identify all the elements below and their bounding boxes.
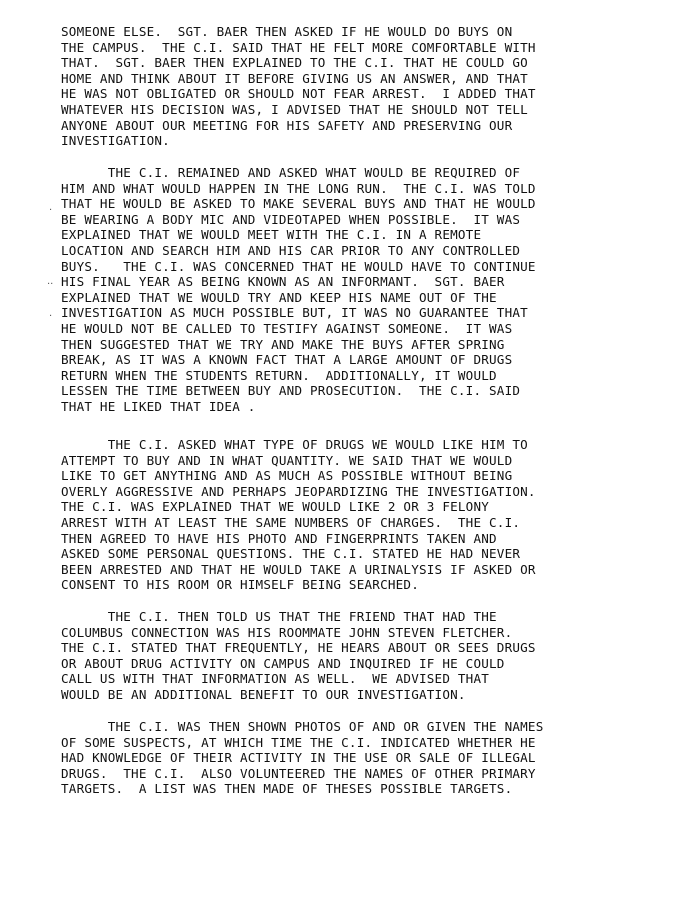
text-line: THE CAMPUS. THE C.I. SAID THAT HE FELT M… bbox=[61, 40, 661, 56]
text-line: BE WEARING A BODY MIC AND VIDEOTAPED WHE… bbox=[61, 212, 661, 228]
text-line: HE WAS NOT OBLIGATED OR SHOULD NOT FEAR … bbox=[61, 86, 661, 102]
text-line: THEN AGREED TO HAVE HIS PHOTO AND FINGER… bbox=[61, 531, 661, 547]
text-line: HE WOULD NOT BE CALLED TO TESTIFY AGAINS… bbox=[61, 321, 661, 337]
text-line: CALL US WITH THAT INFORMATION AS WELL. W… bbox=[61, 671, 661, 687]
text-line: EXPLAINED THAT WE WOULD TRY AND KEEP HIS… bbox=[61, 290, 661, 306]
text-line: WHATEVER HIS DECISION WAS, I ADVISED THA… bbox=[61, 102, 661, 118]
text-line: HIM AND WHAT WOULD HAPPEN IN THE LONG RU… bbox=[61, 181, 661, 197]
scan-speck: . bbox=[49, 202, 52, 213]
text-line: HOME AND THINK ABOUT IT BEFORE GIVING US… bbox=[61, 71, 661, 87]
text-line: OF SOME SUSPECTS, AT WHICH TIME THE C.I.… bbox=[61, 735, 661, 751]
text-line: THE C.I. STATED THAT FREQUENTLY, HE HEAR… bbox=[61, 640, 661, 656]
paragraph-5: THE C.I. WAS THEN SHOWN PHOTOS OF AND OR… bbox=[61, 719, 661, 797]
text-line: WOULD BE AN ADDITIONAL BENEFIT TO OUR IN… bbox=[61, 687, 661, 703]
text-line: THEN SUGGESTED THAT WE TRY AND MAKE THE … bbox=[61, 337, 661, 353]
text-line: BUYS. THE C.I. WAS CONCERNED THAT HE WOU… bbox=[61, 259, 661, 275]
paragraph-4: THE C.I. THEN TOLD US THAT THE FRIEND TH… bbox=[61, 609, 661, 703]
paragraph-1: SOMEONE ELSE. SGT. BAER THEN ASKED IF HE… bbox=[61, 24, 661, 149]
document-page: SOMEONE ELSE. SGT. BAER THEN ASKED IF HE… bbox=[0, 0, 700, 900]
text-line: ATTEMPT TO BUY AND IN WHAT QUANTITY. WE … bbox=[61, 453, 661, 469]
text-line: HIS FINAL YEAR AS BEING KNOWN AS AN INFO… bbox=[61, 274, 661, 290]
text-line: HAD KNOWLEDGE OF THEIR ACTIVITY IN THE U… bbox=[61, 750, 661, 766]
scan-speck: . bbox=[49, 308, 52, 319]
paragraph-3: THE C.I. ASKED WHAT TYPE OF DRUGS WE WOU… bbox=[61, 437, 661, 593]
text-line: RETURN WHEN THE STUDENTS RETURN. ADDITIO… bbox=[61, 368, 661, 384]
text-line: LESSEN THE TIME BETWEEN BUY AND PROSECUT… bbox=[61, 383, 661, 399]
text-line: CONSENT TO HIS ROOM OR HIMSELF BEING SEA… bbox=[61, 577, 661, 593]
text-line: THAT. SGT. BAER THEN EXPLAINED TO THE C.… bbox=[61, 55, 661, 71]
text-line: SOMEONE ELSE. SGT. BAER THEN ASKED IF HE… bbox=[61, 24, 661, 40]
text-line: THE C.I. ASKED WHAT TYPE OF DRUGS WE WOU… bbox=[61, 437, 661, 453]
text-line: THE C.I. WAS THEN SHOWN PHOTOS OF AND OR… bbox=[61, 719, 661, 735]
text-line: THAT HE WOULD BE ASKED TO MAKE SEVERAL B… bbox=[61, 196, 661, 212]
text-line: OVERLY AGGRESSIVE AND PERHAPS JEOPARDIZI… bbox=[61, 484, 661, 500]
text-line: ASKED SOME PERSONAL QUESTIONS. THE C.I. … bbox=[61, 546, 661, 562]
text-line: COLUMBUS CONNECTION WAS HIS ROOMMATE JOH… bbox=[61, 625, 661, 641]
text-line: THAT HE LIKED THAT IDEA . bbox=[61, 399, 661, 415]
text-line: THE C.I. REMAINED AND ASKED WHAT WOULD B… bbox=[61, 165, 661, 181]
text-line: ANYONE ABOUT OUR MEETING FOR HIS SAFETY … bbox=[61, 118, 661, 134]
text-line: TARGETS. A LIST WAS THEN MADE OF THESES … bbox=[61, 781, 661, 797]
text-line: LOCATION AND SEARCH HIM AND HIS CAR PRIO… bbox=[61, 243, 661, 259]
text-line: ARREST WITH AT LEAST THE SAME NUMBERS OF… bbox=[61, 515, 661, 531]
text-line: LIKE TO GET ANYTHING AND AS MUCH AS POSS… bbox=[61, 468, 661, 484]
scan-speck: .. bbox=[47, 276, 53, 287]
text-line: DRUGS. THE C.I. ALSO VOLUNTEERED THE NAM… bbox=[61, 766, 661, 782]
text-line: EXPLAINED THAT WE WOULD MEET WITH THE C.… bbox=[61, 227, 661, 243]
text-line: THE C.I. WAS EXPLAINED THAT WE WOULD LIK… bbox=[61, 499, 661, 515]
paragraph-2: THE C.I. REMAINED AND ASKED WHAT WOULD B… bbox=[61, 165, 661, 415]
text-line: BEEN ARRESTED AND THAT HE WOULD TAKE A U… bbox=[61, 562, 661, 578]
text-line: OR ABOUT DRUG ACTIVITY ON CAMPUS AND INQ… bbox=[61, 656, 661, 672]
text-line: INVESTIGATION AS MUCH POSSIBLE BUT, IT W… bbox=[61, 305, 661, 321]
text-line: THE C.I. THEN TOLD US THAT THE FRIEND TH… bbox=[61, 609, 661, 625]
text-line: BREAK, AS IT WAS A KNOWN FACT THAT A LAR… bbox=[61, 352, 661, 368]
text-line: INVESTIGATION. bbox=[61, 133, 661, 149]
